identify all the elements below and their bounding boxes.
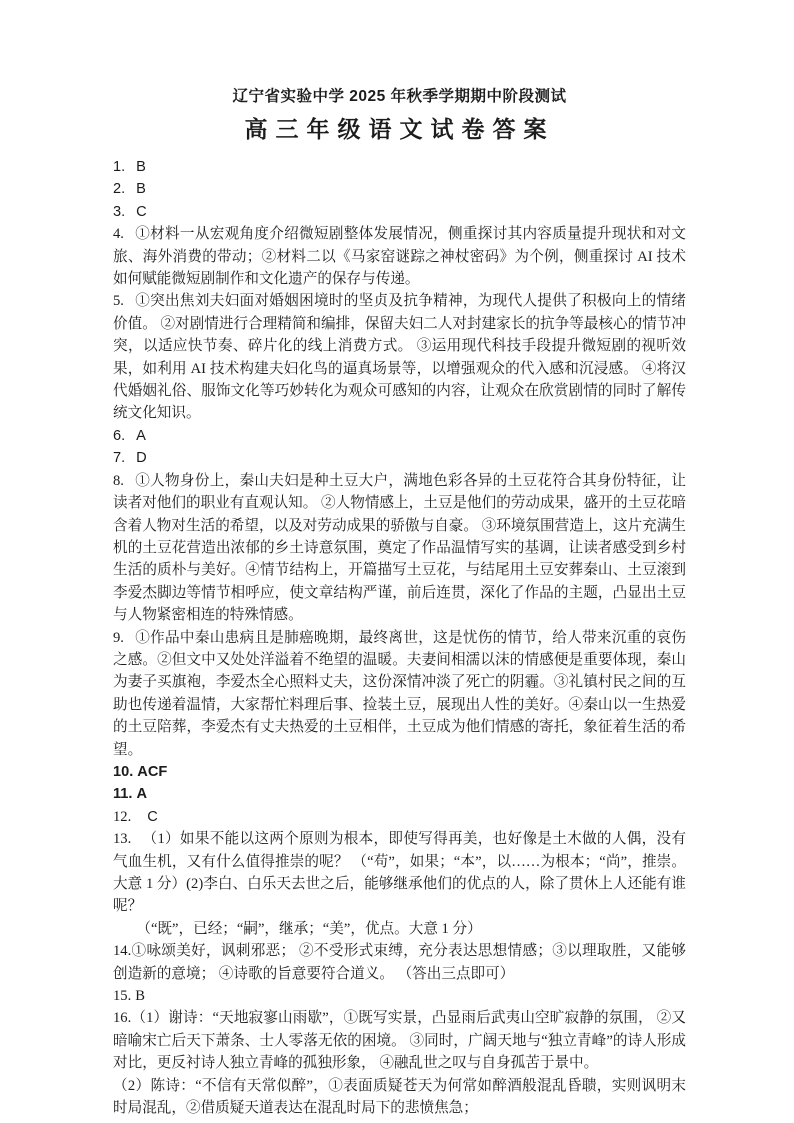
answer-13: 13.（1）如果不能以这两个原则为根本，即使写得再美，也好像是土木做的人偶，没有… [113,828,686,940]
answer-8: 8.①人物身份上，秦山夫妇是种土豆大户，满地色彩各异的土豆花符合其身份特征，让读… [113,470,686,627]
answer-15-choice: B [135,988,145,1004]
answer-1-number: 1. [113,156,125,178]
answer-2-number: 2. [113,178,125,200]
answer-3-number: 3. [113,201,125,223]
answer-5-text: ①突出焦刘夫妇面对婚姻困境时的坚贞及抗争精神，为现代人提供了积极向上的情绪价值。… [113,293,686,421]
answer-12-number: 12. [113,806,131,828]
answer-7-number: 7. [113,447,125,469]
answer-16: 16.（1）谢诗：“天地寂寥山雨歇”，①既写实景，凸显雨后武夷山空旷寂静的氛围，… [113,1007,686,1119]
answer-9: 9.①作品中秦山患病且是肺癌晚期，最终离世，这是忧伤的情节，给人带来沉重的哀伤之… [113,627,686,761]
answer-9-number: 9. [113,627,124,649]
answer-2-choice: B [136,181,146,197]
document-page: 辽宁省实验中学 2025 年秋季学期期中阶段测试 高三年级语文试卷答案 1.B … [0,0,794,1123]
answer-16-part-2: （2）陈诗：“不信有天常似醉”，①表面质疑苍天为何常如醉酒般混乱昏聩，实则讽明末… [113,1075,686,1120]
answer-6-choice: A [136,428,146,444]
answer-11: 11.A [113,783,686,805]
answer-10-number: 10. [113,761,133,783]
answer-2: 2.B [113,178,686,200]
answer-14-number: 14. [113,940,131,962]
answer-15: 15.B [113,985,686,1007]
answer-10: 10.ACF [113,761,686,783]
answer-6: 6.A [113,425,686,447]
answer-1-choice: B [136,159,146,175]
answer-14: 14.①咏颂美好，讽刺邪恶； ②不受形式束缚，充分表达思想情感；③以理取胜，又能… [113,940,686,985]
answer-15-number: 15. [113,985,131,1007]
answer-9-text: ①作品中秦山患病且是肺癌晚期，最终离世，这是忧伤的情节，给人带来沉重的哀伤之感。… [113,630,686,758]
answer-4-text: ①材料一从宏观角度介绍微短剧整体发展情况，侧重探讨其内容质量提升现状和对文旅、海… [113,226,686,287]
answer-4-number: 4. [113,223,124,245]
answer-13-text-2: （“既”，已经；“嗣”，继承；“美”，优点。大意 1 分） [136,921,481,937]
answer-13-number: 13. [113,828,131,850]
answer-16-part-1: 16.（1）谢诗：“天地寂寥山雨歇”，①既写实景，凸显雨后武夷山空旷寂静的氛围，… [113,1007,686,1074]
answer-3: 3.C [113,201,686,223]
answer-11-number: 11. [113,783,132,805]
answer-12-choice: C [147,809,158,825]
answer-7-choice: D [136,450,147,466]
answer-1: 1.B [113,156,686,178]
answer-8-text: ①人物身份上，秦山夫妇是种土豆大户，满地色彩各异的土豆花符合其身份特征，让读者对… [113,473,686,623]
answer-11-choice: A [136,786,147,802]
answer-7: 7.D [113,447,686,469]
answer-4: 4.①材料一从宏观角度介绍微短剧整体发展情况，侧重探讨其内容质量提升现状和对文旅… [113,223,686,290]
answer-12: 12.C [113,806,686,828]
document-subtitle: 高三年级语文试卷答案 [113,114,686,146]
answer-16-text-2: （2）陈诗：“不信有天常似醉”，①表面质疑苍天为何常如醉酒般混乱昏聩，实则讽明末… [113,1078,686,1116]
answer-6-number: 6. [113,425,125,447]
answer-list: 1.B 2.B 3.C 4.①材料一从宏观角度介绍微短剧整体发展情况，侧重探讨其… [113,156,686,1119]
answer-13-part-2: （“既”，已经；“嗣”，继承；“美”，优点。大意 1 分） [113,918,686,940]
document-title: 辽宁省实验中学 2025 年秋季学期期中阶段测试 [113,86,686,108]
answer-10-choice: ACF [137,764,167,780]
answer-13-part-1: 13.（1）如果不能以这两个原则为根本，即使写得再美，也好像是土木做的人偶，没有… [113,828,686,918]
answer-5-number: 5. [113,290,124,312]
answer-5: 5.①突出焦刘夫妇面对婚姻困境时的坚贞及抗争精神，为现代人提供了积极向上的情绪价… [113,290,686,424]
answer-16-number: 16. [113,1007,131,1029]
answer-16-text-1: （1）谢诗：“天地寂寥山雨歇”，①既写实景，凸显雨后武夷山空旷寂静的氛围， ②又… [113,1010,686,1071]
answer-13-text-1: （1）如果不能以这两个原则为根本，即使写得再美，也好像是土木做的人偶，没有气血生… [113,831,686,914]
answer-14-text: ①咏颂美好，讽刺邪恶； ②不受形式束缚，充分表达思想情感；③以理取胜，又能够创造… [113,943,686,981]
answer-3-choice: C [136,204,147,220]
answer-8-number: 8. [113,470,124,492]
